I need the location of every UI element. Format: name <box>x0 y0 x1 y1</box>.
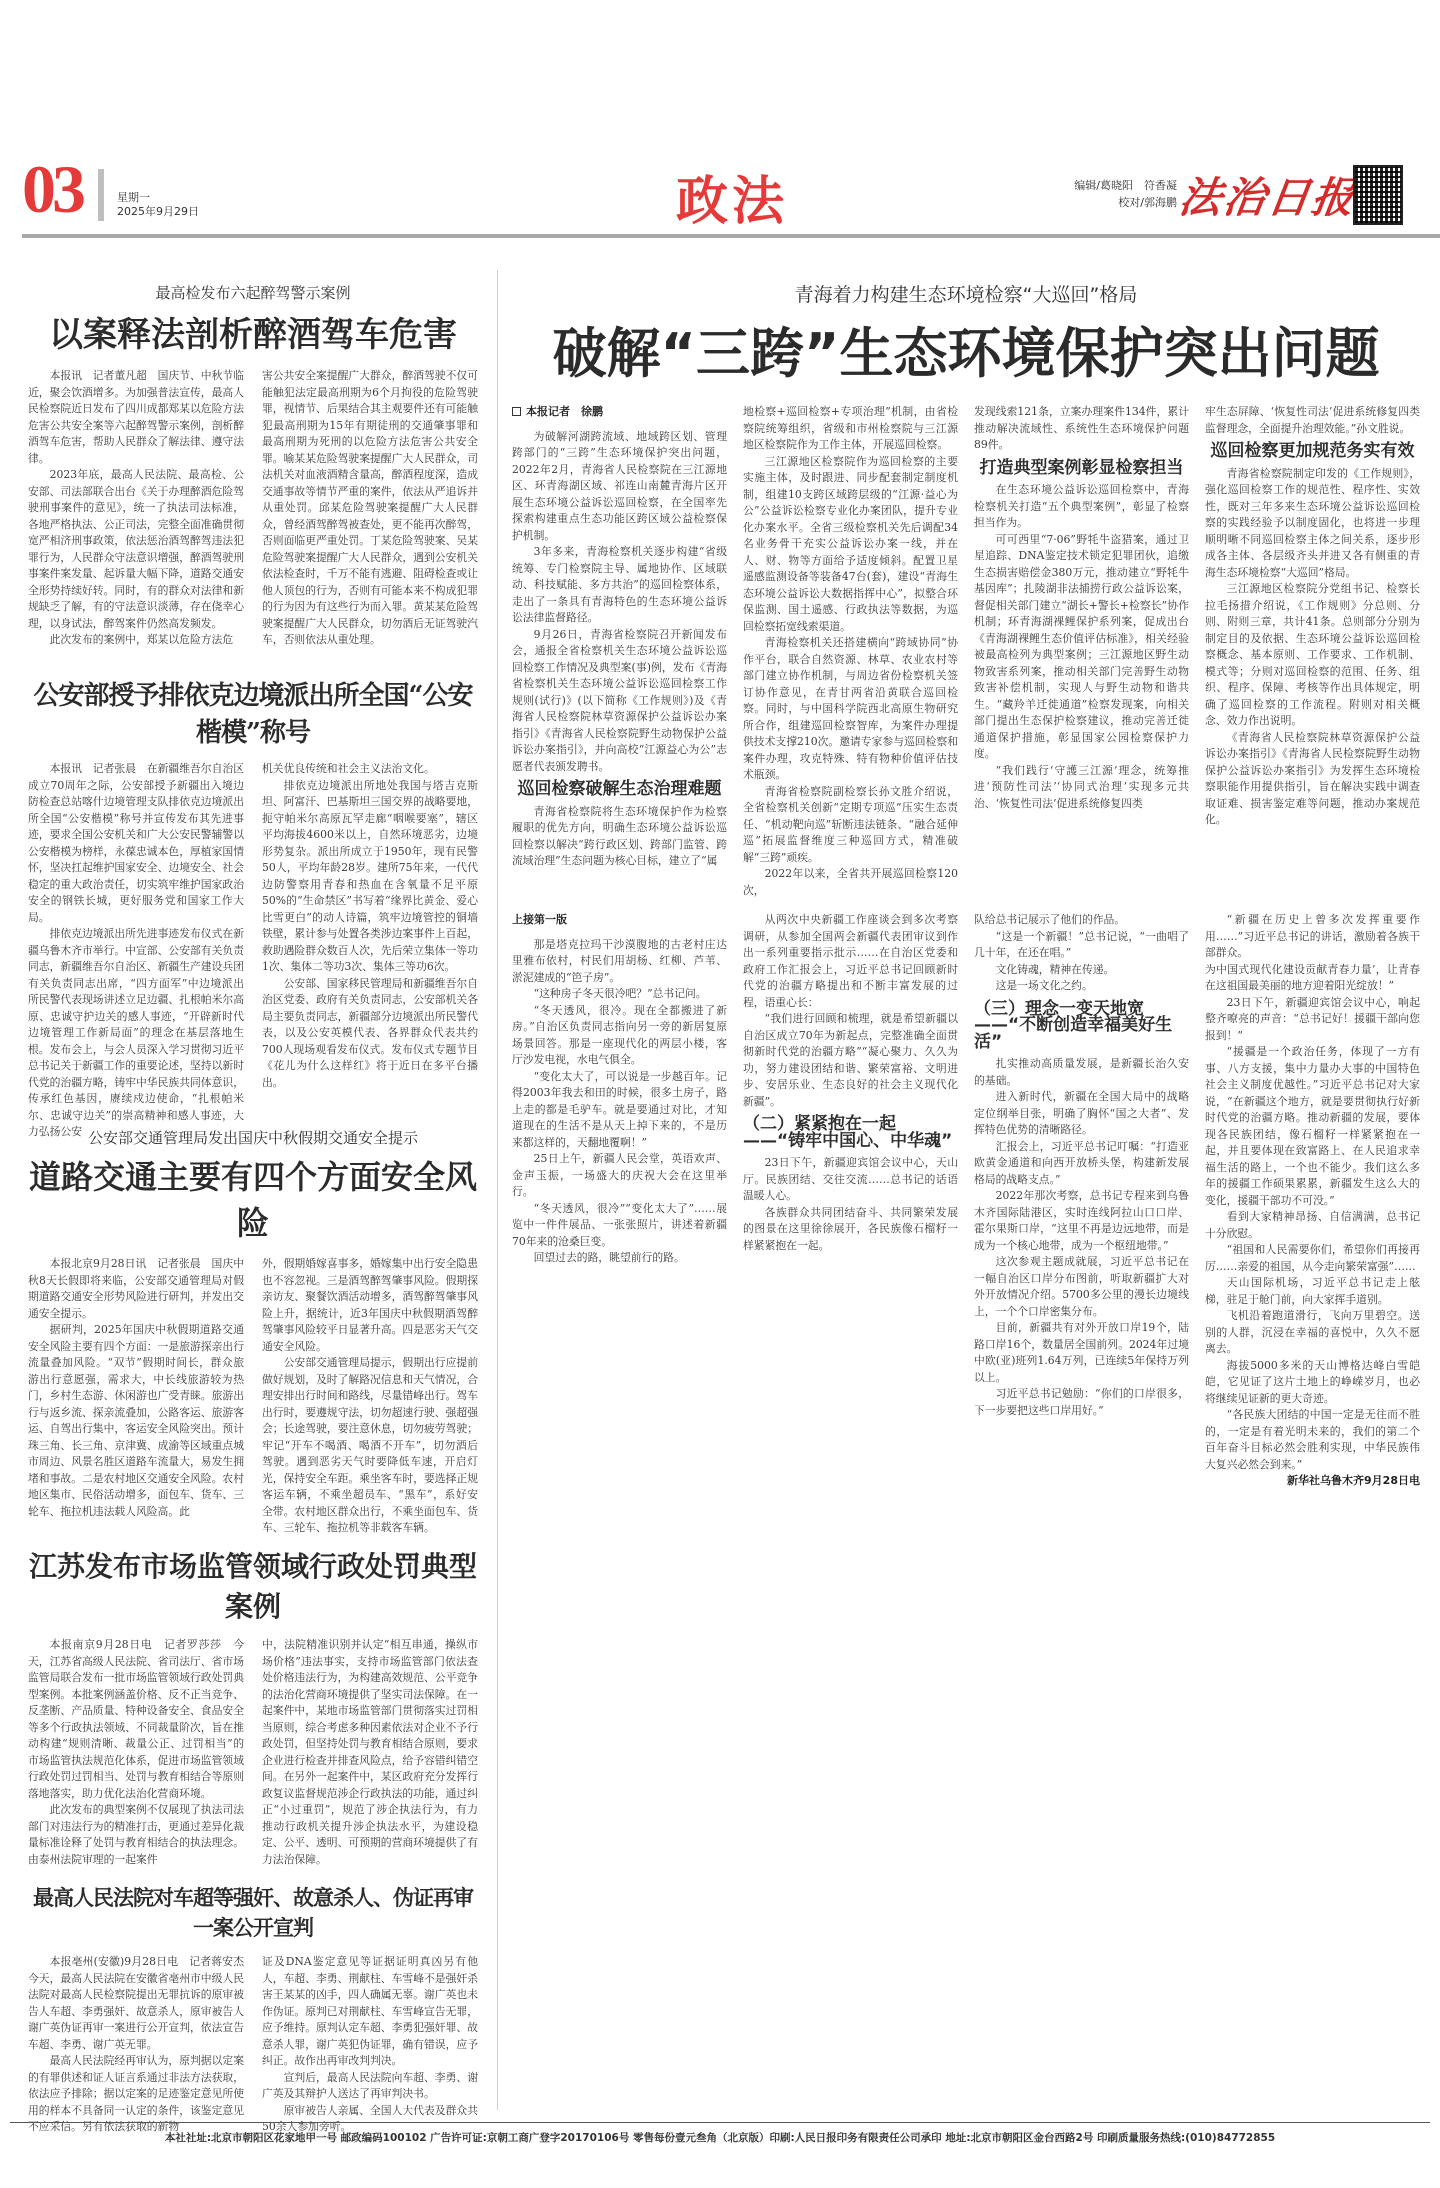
article-headline[interactable]: 公安部授予排依克边境派出所全国“公安楷模”称号 <box>28 675 478 749</box>
paragraph: 排依克边境派出所先进事迹发布仪式在新疆乌鲁木齐市举行。中宣部、公安部有关负责同志… <box>28 926 244 1141</box>
paragraph: 从两次中央新疆工作座谈会到多次考察调研，从参加全国两会新疆代表团审议到作出一系列… <box>743 912 958 1011</box>
article-column: 本报亳州(安徽)9月28日电 记者蒋安杰 今天，最高人民法院在安徽省亳州市中级人… <box>28 1954 244 2136</box>
paragraph: 公安部交通管理局提示，假期出行应提前做好规划，及时了解路况信息和天气情况，合理安… <box>262 1355 478 1537</box>
paragraph: 青海省检察院制定印发的《工作规则》，强化巡回检察工作的规范性、程序性、实效性，既… <box>1205 466 1420 582</box>
continued-label: 上接第一版 <box>512 912 727 929</box>
paragraph: “各民族大团结的中国一定是无往而不胜的，一定是有着光明未来的，我们的第二个百年奋… <box>1205 1407 1420 1473</box>
article-drunk-driving: 最高检发布六起醉驾警示案例 以案释法剖析醉酒驾车危害 本报讯 记者董凡超 国庆节… <box>28 282 478 649</box>
column-divider <box>497 270 498 2110</box>
paragraph: 这次参观主题成就展，习近平总书记在一幅自治区口岸分布图前，听取新疆扩大对外开放情… <box>974 1254 1189 1320</box>
paragraph: 外，假期婚嫁喜事多，婚嫁集中出行安全隐患也不容忽视。三是酒驾醉驾肇事风险。假期探… <box>262 1256 478 1355</box>
section-subhead: （二）紧紧抱在一起——“铸牢中国心、中华魂” <box>743 1116 958 1149</box>
proofreader-line: 校对/郭海鹏 <box>1057 194 1177 211</box>
paragraph: “冬天透风，很冷”“变化太大了”……展览中一件件展品、一张张照片，讲述着新疆70… <box>512 1201 727 1251</box>
paragraph: “我们进行回顾和梳理，就是希望新疆以自治区成立70年为新起点，完整准确全面贯彻新… <box>743 1011 958 1110</box>
date: 2025年9月29日 <box>117 205 199 219</box>
newspaper-logo: 法治日报 <box>1176 165 1360 225</box>
article-headline[interactable]: 破解“三跨”生态环境保护突出问题 <box>512 311 1420 388</box>
paragraph: 9月26日，青海省检察院召开新闻发布会，通报全省检察机关生态环境公益诉讼巡回检察… <box>512 627 727 776</box>
paragraph: 回望过去的路，眺望前行的路。 <box>512 1250 727 1267</box>
page-number: 03 <box>22 155 82 223</box>
paragraph: 青海省检察院将生态环境保护作为检察履职的优先方向，明确生态环境公益诉讼巡回检察以… <box>512 804 727 870</box>
paragraph: 本报南京9月28日电 记者罗莎莎 今天，江苏省高级人民法院、省司法厅、省市场监管… <box>28 1637 244 1802</box>
article-jiangsu-market: 江苏发布市场监管领域行政处罚典型案例 本报南京9月28日电 记者罗莎莎 今天，江… <box>28 1545 478 1868</box>
paragraph: 看到大家精神昂扬、自信满满，总书记十分欣慰。 <box>1205 1209 1420 1242</box>
issue-date: 星期一 2025年9月29日 <box>117 191 199 219</box>
article-column: 外，假期婚嫁喜事多，婚嫁集中出行安全隐患也不容忽视。三是酒驾醉驾肇事风险。假期探… <box>262 1256 478 1537</box>
section-subhead: 巡回检察破解生态治理难题 <box>512 781 727 798</box>
article-column: 队给总书记展示了他们的作品。 “这是一个新疆！”总书记说，“一曲唱了几十年，在还… <box>974 912 1189 1490</box>
paragraph: 机关优良传统和社会主义法治文化。 <box>262 761 478 778</box>
paragraph: 进入新时代，新疆在全国大局中的战略定位纲举目张，明确了胸怀“国之大者”、发挥特色… <box>974 1089 1189 1139</box>
article-headline[interactable]: 最高人民法院对车超等强奸、故意杀人、伪证再审一案公开宣判 <box>28 1882 478 1942</box>
article-column: “新疆在历史上曾多次发挥重要作用……”习近平总书记的讲话，激励着各族干部群众。 … <box>1205 912 1420 1490</box>
article-kicker: 青海着力构建生态环境检察“大巡回”格局 <box>512 280 1420 307</box>
paragraph: 本报亳州(安徽)9月28日电 记者蒋安杰 今天，最高人民法院在安徽省亳州市中级人… <box>28 1954 244 2053</box>
paragraph: “这种房子冬天很冷吧？”总书记问。 <box>512 986 727 1003</box>
article-column: 本报南京9月28日电 记者罗莎莎 今天，江苏省高级人民法院、省司法厅、省市场监管… <box>28 1637 244 1868</box>
paragraph: 发现线索121条，立案办理案件134件，累计推动解决流域性、系统性生态环境保护问… <box>974 404 1189 454</box>
paragraph: 3年多来，青海检察机关逐步构建“省级统筹、专门检察院主导、属地协作、区域联动、科… <box>512 544 727 627</box>
article-column: 发现线索121条，立案办理案件134件，累计推动解决流域性、系统性生态环境保护问… <box>974 404 1189 899</box>
article-column: 中，法院精准识别并认定“相互串通，操纵市场价格”违法事实，支持市场监管部门依法查… <box>262 1637 478 1868</box>
article-column: 本报讯 记者董凡超 国庆节、中秋节临近，聚会饮酒增多。为加强普法宣传，最高人民检… <box>28 368 244 649</box>
article-column: 本报北京9月28日讯 记者张晨 国庆中秋8天长假即将来临，公安部交通管理局对假期… <box>28 1256 244 1537</box>
paragraph: 2022年以来，全省共开展巡回检察120次， <box>743 866 958 899</box>
paragraph: 最高人民法院经再审认为，原判据以定案的有罪供述和证人证言系通过非法方法获取，依法… <box>28 2053 244 2136</box>
footer-rule <box>10 2122 1430 2123</box>
article-column: 害公共安全案提醒广大群众，醉酒驾驶不仅可能触犯法定最高刑期为6个月拘役的危险驾驶… <box>262 368 478 649</box>
section-subhead: 巡回检察更加规范务实有效 <box>1205 443 1420 460</box>
square-bullet-icon <box>512 407 521 416</box>
paragraph: 牢生态屏障、‘恢复性司法’促进系统修复四类监督理念，全面提升治理效能。”孙文胜说… <box>1205 404 1420 437</box>
paragraph: 证及DNA鉴定意见等证据证明真凶另有他人，车超、李勇、荆献柱、车雪峰不是强奸杀害… <box>262 1954 478 2070</box>
section-title: 政法 <box>676 159 788 234</box>
paragraph: 23日下午，新疆迎宾馆会议中心，响起整齐嘹亮的声音：“总书记好！援疆干部向您报到… <box>1205 995 1420 1045</box>
paragraph: 各族群众共同团结奋斗、共同繁荣发展的图景在这里徐徐展开，各民族像石榴籽一样紧紧抱… <box>743 1205 958 1255</box>
paragraph: “新疆在历史上曾多次发挥重要作用……”习近平总书记的讲话，激励着各族干部群众。 <box>1205 912 1420 962</box>
paragraph: 25日上午，新疆人民会堂，英语欢声、金声玉振，一场盛大的庆祝大会在这里举行。 <box>512 1151 727 1201</box>
weekday: 星期一 <box>117 191 199 205</box>
paragraph: 本报北京9月28日讯 记者张晨 国庆中秋8天长假即将来临，公安部交通管理局对假期… <box>28 1256 244 1322</box>
paragraph: 青海省检察院副检察长孙文胜介绍说，全省检察机关创新“定期专项巡”压实生态责任、“… <box>743 784 958 867</box>
article-retrial: 最高人民法院对车超等强奸、故意杀人、伪证再审一案公开宣判 本报亳州(安徽)9月2… <box>28 1882 478 2136</box>
paragraph: 三江源地区检察院作为巡回检察的主要实施主体，及时跟进、同步配套制定制度机制，组建… <box>743 454 958 636</box>
paragraph: 2023年底，最高人民法院、最高检、公安部、司法部联合出台《关于办理醉酒危险驾驶… <box>28 467 244 632</box>
paragraph: 中，法院精准识别并认定“相互串通，操纵市场价格”违法事实，支持市场监管部门依法查… <box>262 1637 478 1868</box>
paragraph: 害公共安全案提醒广大群众，醉酒驾驶不仅可能触犯法定最高刑期为6个月拘役的危险驾驶… <box>262 368 478 649</box>
paragraph: 此次发布的案例中，郑某以危险方法危 <box>28 632 244 649</box>
paragraph: 在生态环境公益诉讼巡回检察中，青海检察机关打造“五个典型案例”，彰显了检察担当作… <box>974 482 1189 532</box>
qr-code-icon[interactable] <box>1353 165 1403 225</box>
article-column: 本报记者 徐鹏 为破解河湖跨流域、地域跨区划、管理跨部门的“三跨”生态环境保护突… <box>512 404 727 899</box>
paragraph: 宣判后，最高人民法院向车超、李勇、谢广英及其辩护人送达了再审判决书。 <box>262 2070 478 2103</box>
article-headline[interactable]: 江苏发布市场监管领域行政处罚典型案例 <box>28 1545 478 1625</box>
editors-credit: 编辑/葛晓阳 符香凝 校对/郭海鹏 <box>1057 177 1177 211</box>
article-column: 本报讯 记者张晨 在新疆维吾尔自治区成立70周年之际，公安部授予新疆出入境边防检… <box>28 761 244 1141</box>
editors-line: 编辑/葛晓阳 符香凝 <box>1057 177 1177 194</box>
masthead-rule <box>22 234 1440 238</box>
paragraph: 队给总书记展示了他们的作品。 <box>974 912 1189 929</box>
masthead: 03 星期一 2025年9月29日 政法 编辑/葛晓阳 符香凝 校对/郭海鹏 法… <box>22 155 1440 235</box>
article-headline[interactable]: 道路交通主要有四个方面安全风险 <box>28 1152 478 1244</box>
paragraph: 飞机沿着跑道滑行，飞向万里碧空。送别的人群，沉浸在幸福的喜悦中，久久不愿离去。 <box>1205 1308 1420 1358</box>
article-column: 从两次中央新疆工作座谈会到多次考察调研，从参加全国两会新疆代表团审议到作出一系列… <box>743 912 958 1490</box>
paragraph: 那是塔克拉玛干沙漠腹地的古老村庄达里雅布依村，村民们用胡杨、红柳、芦苇、淤泥建成… <box>512 937 727 987</box>
paragraph: “变化太大了，可以说是一步越百年。记得2003年我去和田的时候，很多土房子，路上… <box>512 1069 727 1152</box>
paragraph: 扎实推动高质量发展，是新疆长治久安的基础。 <box>974 1056 1189 1089</box>
article-kicker: 公安部交通管理局发出国庆中秋假期交通安全提示 <box>28 1127 478 1148</box>
article-qinghai-lead: 青海着力构建生态环境检察“大巡回”格局 破解“三跨”生态环境保护突出问题 本报记… <box>512 280 1420 899</box>
paragraph: “这是一个新疆！”总书记说，“一曲唱了几十年，在还在唱。” <box>974 929 1189 962</box>
footer-publisher-info: 本社社址:北京市朝阳区花家地甲一号 邮政编码100102 广告许可证:京朝工商广… <box>0 2130 1440 2145</box>
article-kicker: 最高检发布六起醉驾警示案例 <box>28 282 478 303</box>
paragraph: “冬天透风，很冷。现在全都搬进了新房。”自治区负责同志指向另一旁的新居复原场景回… <box>512 1003 727 1069</box>
article-xinjiang-continued: 上接第一版 那是塔克拉玛干沙漠腹地的古老村庄达里雅布依村，村民们用胡杨、红柳、芦… <box>512 912 1420 2112</box>
paragraph: 习近平总书记勉励：“你们的口岸很多，下一步要把这些口岸用好。” <box>974 1386 1189 1419</box>
article-column: 牢生态屏障、‘恢复性司法’促进系统修复四类监督理念，全面提升治理效能。”孙文胜说… <box>1205 404 1420 899</box>
paragraph: 海拔5000多米的天山博格达峰白雪皑皑，它见证了这片土地上的峥嵘岁月，也必将继续… <box>1205 1358 1420 1408</box>
paragraph: 文化铸魂，精神在传递。 <box>974 962 1189 979</box>
paragraph: 排依克边境派出所地处我国与塔吉克斯坦、阿富汗、巴基斯坦三国交界的战略要地，扼守帕… <box>262 778 478 976</box>
paragraph: 地检察+巡回检察+专项治理”机制，由省检察院统筹组织，省级和市州检察院与三江源地… <box>743 404 958 454</box>
paragraph: 据研判，2025年国庆中秋假期道路交通安全风险主要有四个方面：一是旅游探亲出行流… <box>28 1322 244 1520</box>
article-column: 上接第一版 那是塔克拉玛干沙漠腹地的古老村庄达里雅布依村，村民们用胡杨、红柳、芦… <box>512 912 727 1490</box>
paragraph: 可可西里“7·06”野牦牛盗猎案，通过卫星追踪、DNA鉴定技术锁定犯罪团伙，追缴… <box>974 532 1189 763</box>
paragraph: 为破解河湖跨流域、地域跨区划、管理跨部门的“三跨”生态环境保护突出问题，2022… <box>512 429 727 545</box>
paragraph: 《青海省人民检察院林草资源保护公益诉讼办案指引》《青海省人民检察院野生动物保护公… <box>1205 730 1420 829</box>
paragraph: 本报讯 记者张晨 在新疆维吾尔自治区成立70周年之际，公安部授予新疆出入境边防检… <box>28 761 244 926</box>
article-border-police: 公安部授予排依克边境派出所全国“公安楷模”称号 本报讯 记者张晨 在新疆维吾尔自… <box>28 675 478 1141</box>
page-number-divider <box>98 169 104 221</box>
paragraph: 23日下午，新疆迎宾馆会议中心，天山厅。民族团结、交往交流……总书记的话语温暖人… <box>743 1155 958 1205</box>
paragraph: 青海检察机关还搭建横向“跨域协同”协作平台，联合自然资源、林草、农业农村等部门建… <box>743 635 958 784</box>
paragraph: 这是一场文化之约。 <box>974 978 1189 995</box>
article-traffic-safety: 公安部交通管理局发出国庆中秋假期交通安全提示 道路交通主要有四个方面安全风险 本… <box>28 1127 478 1537</box>
paragraph: 本报讯 记者董凡超 国庆节、中秋节临近，聚会饮酒增多。为加强普法宣传，最高人民检… <box>28 368 244 467</box>
byline: 本报记者 徐鹏 <box>512 404 727 421</box>
section-subhead: 打造典型案例彰显检察担当 <box>974 460 1189 477</box>
article-column: 证及DNA鉴定意见等证据证明真凶另有他人，车超、李勇、荆献柱、车雪峰不是强奸杀害… <box>262 1954 478 2136</box>
paragraph: “祖国和人民需要你们，希望你们再接再厉……亲爱的祖国，从今走向繁荣富强”…… <box>1205 1242 1420 1275</box>
paragraph: 公安部、国家移民管理局和新疆维吾尔自治区党委、政府有关负责同志，公安部机关各局主… <box>262 976 478 1092</box>
paragraph: 汇报会上，习近平总书记叮嘱：“打造亚欧黄金通道和向西开放桥头堡，构建新发展格局的… <box>974 1139 1189 1189</box>
paragraph: 目前，新疆共有对外开放口岸19个，陆路口岸16个，数量居全国前列。2024年过境… <box>974 1320 1189 1386</box>
paragraph: “我们践行‘守護三江源’理念，统筹推进‘预防性司法’‘协同式治理’实现多元共治、… <box>974 763 1189 813</box>
paragraph: 天山国际机场，习近平总书记走上舷梯，驻足于舱门前，向大家挥手道别。 <box>1205 1275 1420 1308</box>
article-column: 机关优良传统和社会主义法治文化。 排依克边境派出所地处我国与塔吉克斯坦、阿富汗、… <box>262 761 478 1141</box>
article-column: 地检察+巡回检察+专项治理”机制，由省检察院统筹组织，省级和市州检察院与三江源地… <box>743 404 958 899</box>
paragraph: “援疆是一个政治任务，体现了一方有事、八方支援，集中力量办大事的中国特色社会主义… <box>1205 1044 1420 1209</box>
paragraph: 为中国式现代化建设贡献青春力量’，让青春在这祖国最美丽的地方迎着阳光绽放！” <box>1205 962 1420 995</box>
paragraph: 2022年那次考察，总书记专程来到乌鲁木齐国际陆港区，实时连线阿拉山口口岸、霍尔… <box>974 1188 1189 1254</box>
article-signoff: 新华社乌鲁木齐9月28日电 <box>1205 1473 1420 1490</box>
article-headline[interactable]: 以案释法剖析醉酒驾车危害 <box>28 307 478 356</box>
paragraph: 此次发布的典型案例不仅展现了执法司法部门对违法行为的精准打击，更通过差异化裁量标… <box>28 1802 244 1868</box>
section-subhead: （三）理念一变天地宽——“不断创造幸福美好生活” <box>974 1001 1189 1051</box>
paragraph: 三江源地区检察院分党组书记、检察长拉毛扬措介绍说，《工作规则》分总则、分则、附则… <box>1205 581 1420 730</box>
